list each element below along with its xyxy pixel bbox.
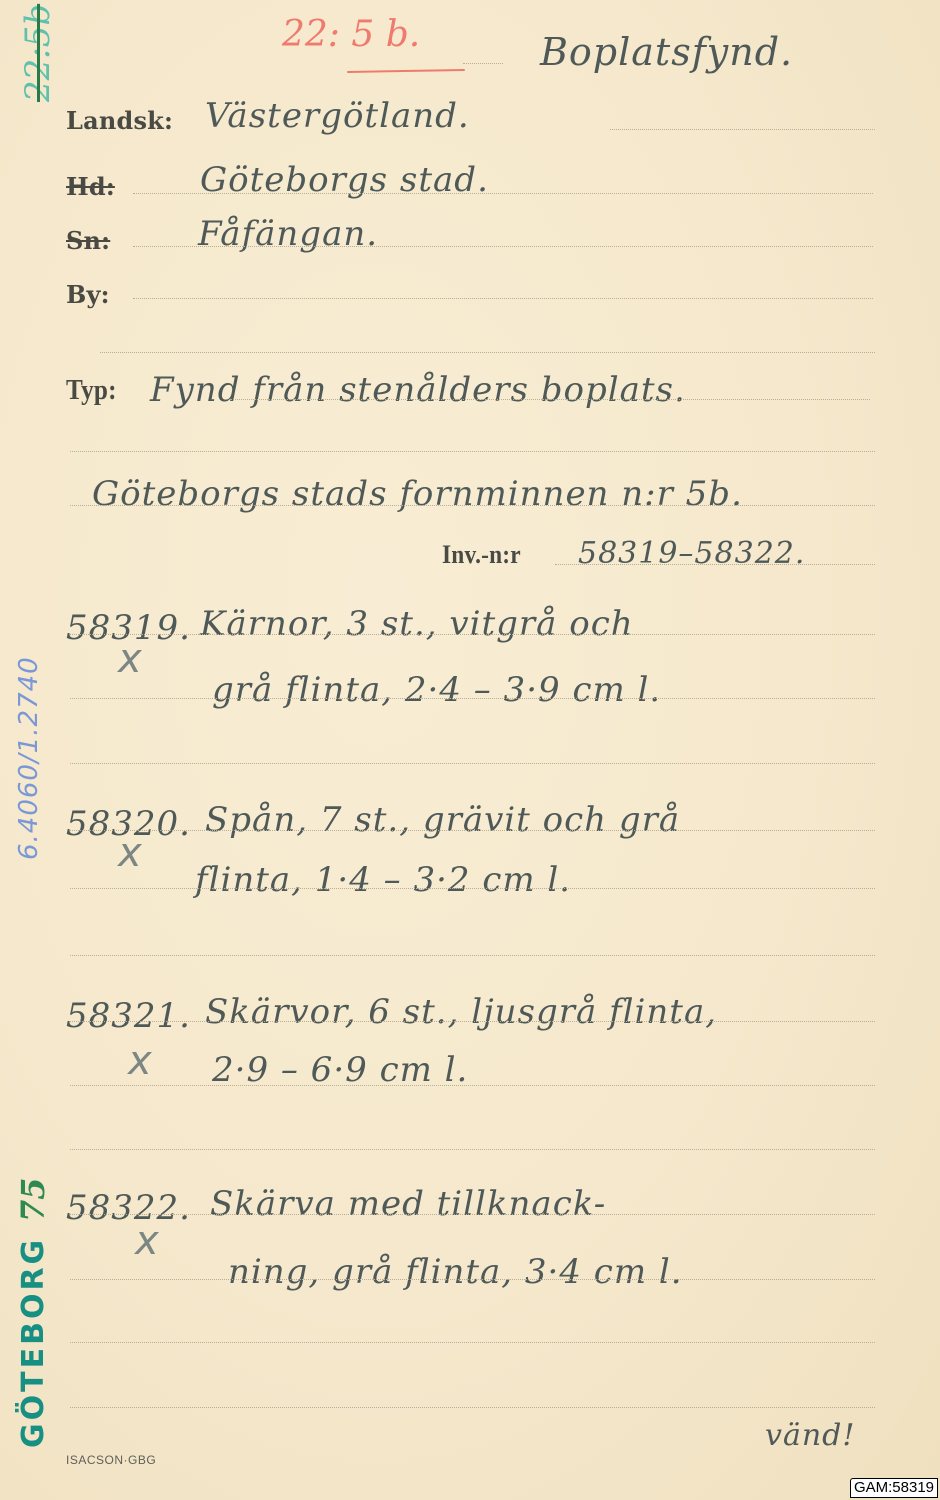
field-label-hd: Hd: xyxy=(66,172,115,201)
dotted-line xyxy=(70,1021,875,1022)
catalog-card: 22:5b 6.4060/1.2740 75 GÖTEBORG 22: 5 b.… xyxy=(0,0,940,1500)
dotted-line xyxy=(70,505,875,506)
tick-mark-icon: x xyxy=(135,1218,159,1264)
green-number: 75 xyxy=(14,1177,52,1222)
type-label: Typ: xyxy=(66,375,117,407)
dotted-line xyxy=(70,1279,875,1280)
inv-label: Inv.-n:r xyxy=(442,540,521,570)
margin-crossed-number: 22:5b xyxy=(18,4,58,102)
dotted-line xyxy=(70,1214,875,1215)
blue-pencil-note: 6.4060/1.2740 xyxy=(14,656,44,860)
archive-id-label: GAM:58319 xyxy=(850,1478,938,1498)
entry-line2: ning, grå flinta, 3·4 cm l. xyxy=(228,1252,683,1292)
dotted-line xyxy=(100,352,875,353)
crossed-catalog-number: 22:5b xyxy=(18,4,58,102)
dotted-line xyxy=(133,193,873,194)
dotted-line xyxy=(555,564,875,565)
entry-line1: Kärnor, 3 st., vitgrå och xyxy=(200,604,634,644)
dotted-line xyxy=(70,1085,875,1086)
dotted-line xyxy=(70,830,875,831)
goteborg-stamp: GÖTEBORG xyxy=(16,1237,51,1448)
field-label-landsk: Landsk: xyxy=(66,106,173,135)
entry-line2: 2·9 – 6·9 cm l. xyxy=(212,1050,468,1090)
margin-stamp: GÖTEBORG xyxy=(16,1237,51,1448)
red-underline xyxy=(347,69,465,73)
entry-line1: Skärvor, 6 st., ljusgrå flinta, xyxy=(205,992,717,1032)
type-value: Fynd från stenålders boplats. xyxy=(150,370,686,410)
dotted-line xyxy=(230,399,870,400)
dotted-line xyxy=(70,763,875,764)
entry-number: 58322. xyxy=(66,1188,191,1228)
margin-green-number: 75 xyxy=(14,1177,52,1222)
field-label-sn: Sn: xyxy=(66,226,110,255)
inv-range: 58319–58322. xyxy=(578,536,805,571)
entry-line2: flinta, 1·4 – 3·2 cm l. xyxy=(195,860,571,900)
dotted-line xyxy=(70,1342,875,1343)
dotted-line xyxy=(133,298,873,299)
tick-mark-icon: x xyxy=(128,1038,152,1084)
dotted-line xyxy=(70,1149,875,1150)
dotted-line xyxy=(70,634,875,635)
monument-line: Göteborgs stads fornminnen n:r 5b. xyxy=(92,474,743,514)
dotted-line xyxy=(70,888,875,889)
turn-over-note: vänd! xyxy=(765,1418,855,1453)
entry-line1: Spån, 7 st., grävit och grå xyxy=(205,800,680,840)
entry-line1: Skärva med tillknack- xyxy=(210,1184,606,1224)
field-value-landsk: Västergötland. xyxy=(205,96,470,136)
tick-mark-icon: x xyxy=(118,830,142,876)
field-value-hd: Göteborgs stad. xyxy=(200,160,489,200)
tick-mark-icon: x xyxy=(118,636,142,682)
red-catalog-number: 22: 5 b. xyxy=(282,14,420,55)
dotted-line xyxy=(610,129,875,130)
dotted-line xyxy=(463,63,503,64)
dotted-line xyxy=(70,955,875,956)
dotted-line xyxy=(70,1407,875,1408)
dotted-line xyxy=(70,698,875,699)
field-value-sn: Fåfängan. xyxy=(198,214,378,254)
heading-boplatsfynd: Boplatsfynd. xyxy=(540,30,793,74)
dotted-line xyxy=(133,246,873,247)
field-label-by: By: xyxy=(66,280,110,309)
entry-line2: grå flinta, 2·4 – 3·9 cm l. xyxy=(212,670,661,710)
dotted-line xyxy=(70,451,875,452)
margin-blue-pencil: 6.4060/1.2740 xyxy=(14,656,44,860)
printer-mark: ISACSON·GBG xyxy=(66,1453,156,1467)
entry-number: 58321. xyxy=(66,996,191,1036)
